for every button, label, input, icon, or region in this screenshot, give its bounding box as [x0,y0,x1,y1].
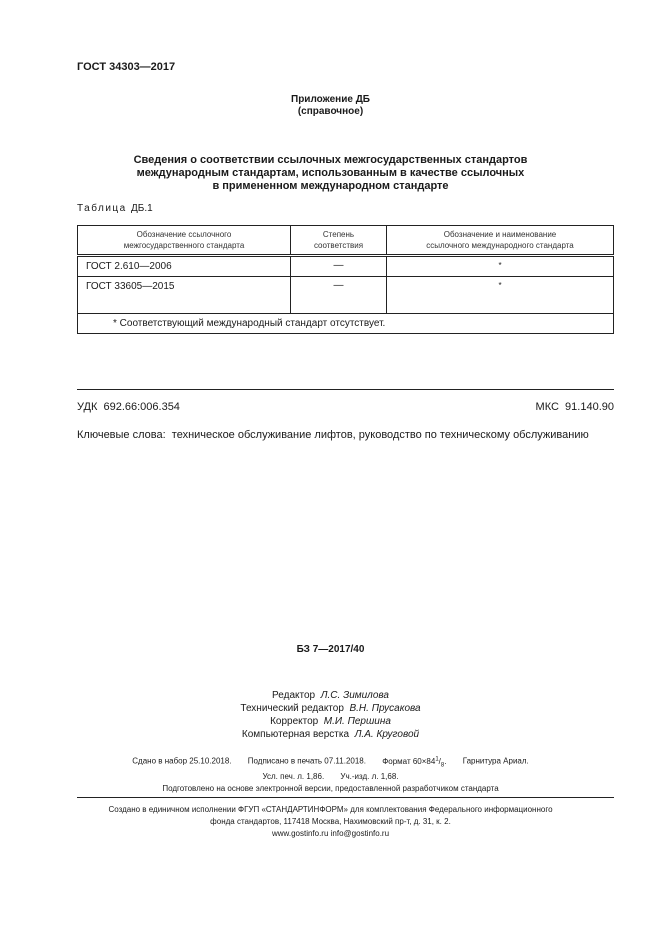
header-degree: Степень соответствия [291,226,387,256]
udk-code: УДК 692.66:006.354 [77,401,180,413]
format-prefix: Формат 60×84 [382,757,435,766]
email-link[interactable]: info@gostinfo.ru [331,829,389,838]
keywords: Ключевые слова: техническое обслуживание… [77,429,589,441]
table-row: ГОСТ 33605—2015 — * [78,277,614,314]
header-text: Обозначение ссылочного [78,229,290,240]
section-title: Сведения о соответствии ссылочных межгос… [0,154,661,193]
credit-role: Компьютерная верстка [242,729,349,740]
document-code: ГОСТ 34303—2017 [77,61,175,73]
cell-degree: — [291,256,387,277]
asterisk-mark: * [498,261,501,270]
cell-degree: — [291,277,387,314]
credit-line: Компьютерная верстка Л.А. Круговой [0,728,661,741]
credits-block: Редактор Л.С. Зимилова Технический редак… [0,689,661,741]
section-title-line: Сведения о соответствии ссылочных межгос… [0,154,661,167]
header-designation: Обозначение ссылочного межгосударственно… [78,226,291,256]
cell-designation: ГОСТ 33605—2015 [78,277,291,314]
imprint-line: Усл. печ. л. 1,86. Уч.-изд. л. 1,68. [0,771,661,783]
publisher-line: фонда стандартов, 117418 Москва, Нахимов… [0,816,661,828]
table-footnote-row: * Соответствующий международный стандарт… [78,314,614,334]
credit-name: Л.С. Зимилова [321,690,389,701]
annex-heading: Приложение ДБ (справочное) [0,94,661,118]
submitted-date: Сдано в набор 25.10.2018. [132,757,231,766]
format-denominator: 8 [441,762,444,768]
header-international: Обозначение и наименование ссылочного ме… [387,226,614,256]
header-text: Степень [291,229,386,240]
publisher-line: Создано в единичном исполнении ФГУП «СТА… [0,804,661,816]
credit-line: Корректор М.И. Першина [0,715,661,728]
header-text: ссылочного международного стандарта [387,240,613,251]
annex-title: Приложение ДБ [0,94,661,106]
divider-line [77,797,614,798]
table-header-row: Обозначение ссылочного межгосударственно… [78,226,614,256]
reference-standards-table: Обозначение ссылочного межгосударственно… [77,225,614,334]
format: Формат 60×841/8. [382,757,446,766]
table-label: Таблица ДБ.1 [77,203,153,214]
header-text: межгосударственного стандарта [78,240,290,251]
edit-sheets: Уч.-изд. л. 1,68. [340,772,398,781]
publisher-contacts: www.gostinfo.ru info@gostinfo.ru [0,828,661,840]
header-text: Обозначение и наименование [387,229,613,240]
table-label-number: ДБ.1 [131,203,153,214]
header-text: соответствия [291,240,386,251]
annex-type: (справочное) [0,106,661,118]
imprint-line: Подготовлено на основе электронной верси… [0,783,661,795]
print-sheets: Усл. печ. л. 1,86. [262,772,324,781]
website-link[interactable]: www.gostinfo.ru [272,829,328,838]
credit-role: Редактор [272,690,315,701]
table-footnote: * Соответствующий международный стандарт… [78,314,614,334]
mks-code: МКС 91.140.90 [536,401,614,413]
imprint-line: Сдано в набор 25.10.2018. Подписано в пе… [0,753,661,771]
cell-international: * [387,277,614,314]
section-title-line: международным стандартам, использованным… [0,167,661,180]
table-row: ГОСТ 2.610—2006 — * [78,256,614,277]
cell-international: * [387,256,614,277]
credit-name: М.И. Першина [324,716,391,727]
format-numerator: 1 [435,756,438,762]
divider-line [77,389,614,390]
signed-date: Подписано в печать 07.11.2018. [248,757,366,766]
bz-number: БЗ 7—2017/40 [0,644,661,655]
section-title-line: в примененном международном стандарте [0,180,661,193]
table-label-word: Таблица [77,203,127,214]
credit-line: Технический редактор В.Н. Прусакова [0,702,661,715]
credit-name: В.Н. Прусакова [349,703,420,714]
credit-name: Л.А. Круговой [355,729,420,740]
publisher-block: Создано в единичном исполнении ФГУП «СТА… [0,804,661,840]
imprint-block: Сдано в набор 25.10.2018. Подписано в пе… [0,753,661,795]
credit-line: Редактор Л.С. Зимилова [0,689,661,702]
credit-role: Технический редактор [240,703,343,714]
credit-role: Корректор [270,716,318,727]
cell-designation: ГОСТ 2.610—2006 [78,256,291,277]
asterisk-mark: * [498,281,501,290]
typeface: Гарнитура Ариал. [463,757,529,766]
